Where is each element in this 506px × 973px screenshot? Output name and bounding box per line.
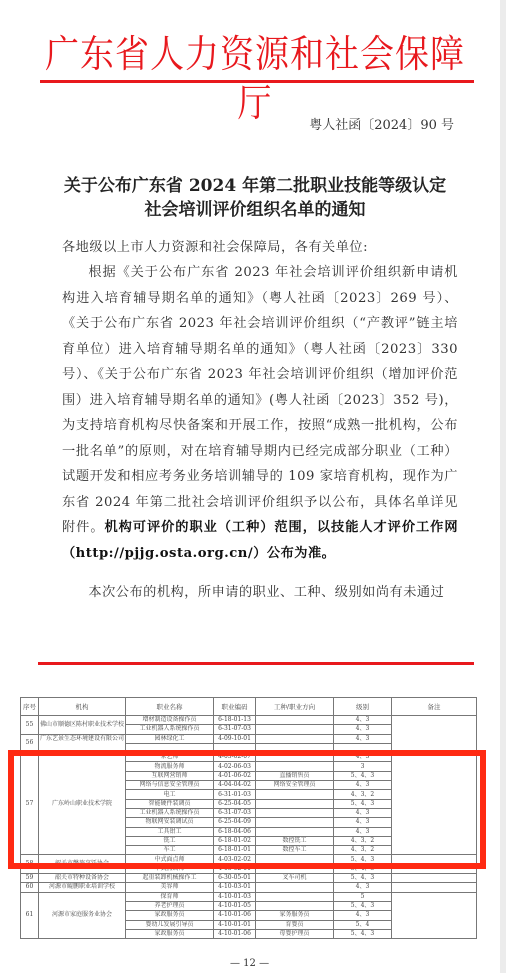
cell-job: 中式面点师: [126, 855, 214, 864]
cell-level: 4、3、2: [334, 846, 392, 855]
cell-no: 59: [21, 874, 39, 883]
footer-red-rule: [38, 662, 474, 665]
cell-direction: [256, 901, 334, 910]
cell-job: 网络与信息安全管理员: [126, 781, 214, 790]
cell-job: 婴幼儿发展引导员: [126, 920, 214, 929]
cell-code: [214, 743, 256, 752]
cell-code: 6-18-04-06: [214, 827, 256, 836]
body-paragraph-2: 本次公布的机构，所申请的职业、工种、级别如尚有未通过: [62, 580, 458, 606]
cell-code: 4-10-01-05: [214, 901, 256, 910]
cell-code: 4-10-03-01: [214, 883, 256, 892]
cell-direction: [256, 753, 334, 762]
col-header-direction: 工种/职业方向: [256, 698, 334, 716]
cell-direction: [256, 808, 334, 817]
cell-direction: [256, 892, 334, 901]
cell-job: 车工: [126, 846, 214, 855]
cell-direction: 母婴护理员: [256, 929, 334, 938]
cell-job: 智能硬件装调员: [126, 799, 214, 808]
cell-level: 5、4、3: [334, 864, 392, 873]
table-row: 59 韶关市特种设备协会 起重装卸机械操作工 6-30-05-01 叉车司机 5…: [21, 874, 477, 883]
cell-code: 4-03-02-01: [214, 864, 256, 873]
salutation: 各地级以上市人力资源和社会保障局，各有关单位:: [62, 235, 458, 261]
cell-code: 4-03-02-07: [214, 753, 256, 762]
cell-direction: 数控铣工: [256, 836, 334, 845]
cell-level: 4、3: [334, 725, 392, 734]
cell-level: 3: [334, 762, 392, 771]
cell-no: 61: [21, 892, 39, 938]
cell-code: 6-25-04-05: [214, 799, 256, 808]
cell-level: 5、4、3: [334, 771, 392, 780]
cell-level: 4、3: [334, 734, 392, 743]
table-row: 60 河源市鲲鹏职业培训学校 美容师 4-10-03-01 4、3: [21, 883, 477, 892]
cell-direction: [256, 716, 334, 725]
cell-job: 互联网营销师: [126, 771, 214, 780]
cell-direction: [256, 864, 334, 873]
cell-job: 物流服务师: [126, 762, 214, 771]
cell-org: 广东岭山职业技术学院: [39, 753, 126, 855]
cell-job: [126, 743, 214, 752]
cell-remark: [392, 874, 477, 883]
document-page: 广东省人力资源和社会保障厅 粤人社函〔2024〕90 号 关于公布广东省 202…: [0, 0, 500, 973]
table-row: 58 韶关市馨旅烹饪协会 中式面点师 4-03-02-02 5、4、3: [21, 855, 477, 864]
cell-job: 增材制造设备操作员: [126, 716, 214, 725]
viewer-gutter: [500, 0, 506, 973]
cell-org: 广东艺景生态环境建设有限公司: [39, 734, 126, 753]
cell-code: 4-01-06-02: [214, 771, 256, 780]
cell-job: 美容师: [126, 883, 214, 892]
cell-direction: 叉车司机: [256, 874, 334, 883]
col-header-remark: 备注: [392, 698, 477, 716]
cell-level: [334, 743, 392, 752]
table-row: 57 广东岭山职业技术学院 茶艺师 4-03-02-07 4、3: [21, 753, 477, 762]
cell-job: 电工: [126, 790, 214, 799]
cell-code: 4-10-01-06: [214, 929, 256, 938]
cell-code: 6-18-01-02: [214, 836, 256, 845]
cell-code: 6-31-07-03: [214, 725, 256, 734]
cell-direction: 家务服务员: [256, 911, 334, 920]
col-header-job: 职业名称: [126, 698, 214, 716]
cell-remark: [392, 716, 477, 753]
cell-org: 韶关市特种设备协会: [39, 874, 126, 883]
cell-no: 60: [21, 883, 39, 892]
cell-level: 4、3: [334, 883, 392, 892]
cell-remark: [392, 855, 477, 874]
cell-level: 5、4、3: [334, 874, 392, 883]
cell-code: 4-04-04-02: [214, 781, 256, 790]
cell-job: 中式烹调师: [126, 864, 214, 873]
cell-level: 4、3: [334, 781, 392, 790]
cell-job: 家政服务员: [126, 911, 214, 920]
cell-code: 6-30-05-01: [214, 874, 256, 883]
cell-code: 4-09-10-01: [214, 734, 256, 743]
cell-level: 4、3、2: [334, 790, 392, 799]
cell-org: 佛山市顺德区陈村职业技术学校: [39, 716, 126, 735]
header-red-rule: [40, 80, 474, 83]
cell-direction: [256, 799, 334, 808]
cell-no: 56: [21, 734, 39, 753]
cell-direction: [256, 883, 334, 892]
cell-code: 4-10-01-01: [214, 920, 256, 929]
cell-job: 园林绿化工: [126, 734, 214, 743]
cell-org: 河源市鲲鹏职业培训学校: [39, 883, 126, 892]
table-row: 61 河源市家庭服务业协会 保育师 4-10-01-03 5: [21, 892, 477, 901]
cell-level: 4、3: [334, 818, 392, 827]
cell-level: 5、4、3: [334, 929, 392, 938]
cell-org: 韶关市馨旅烹饪协会: [39, 855, 126, 874]
cell-remark: [392, 883, 477, 892]
cell-level: 4、3、2: [334, 836, 392, 845]
notice-title-line2: 社会培训评价组织名单的通知: [40, 195, 470, 220]
cell-direction: [256, 725, 334, 734]
cell-direction: 直播销售员: [256, 771, 334, 780]
col-header-no: 序号: [21, 698, 39, 716]
cell-job: 保育师: [126, 892, 214, 901]
cell-level: 5、4、3: [334, 799, 392, 808]
cell-no: 57: [21, 753, 39, 855]
organization-table: 序号 机构 职业名称 职业编码 工种/职业方向 级别 备注 55 佛山市顺德区陈…: [20, 697, 477, 939]
cell-level: 4、3: [334, 911, 392, 920]
cell-remark: [392, 892, 477, 938]
cell-code: 4-03-02-02: [214, 855, 256, 864]
cell-level: 4、3: [334, 716, 392, 725]
cell-job: 家政服务员: [126, 929, 214, 938]
cell-job: 铣工: [126, 836, 214, 845]
page-number: — 12 —: [230, 958, 269, 969]
cell-level: 5、4、3: [334, 901, 392, 910]
cell-code: 4-10-01-06: [214, 911, 256, 920]
cell-direction: 数控车工: [256, 846, 334, 855]
cell-direction: [256, 818, 334, 827]
cell-code: 6-31-07-03: [214, 808, 256, 817]
cell-no: 58: [21, 855, 39, 874]
table-row: 55 佛山市顺德区陈村职业技术学校 增材制造设备操作员 6-18-01-13 4…: [21, 716, 477, 725]
cell-direction: [256, 827, 334, 836]
cell-level: 5、4: [334, 920, 392, 929]
cell-job: 物联网安装调试员: [126, 818, 214, 827]
cell-level: 4、3: [334, 827, 392, 836]
cell-direction: [256, 790, 334, 799]
cell-org: 河源市家庭服务业协会: [39, 892, 126, 938]
cell-direction: [256, 734, 334, 743]
cell-code: 4-02-06-03: [214, 762, 256, 771]
cell-job: 工业机器人系统操作员: [126, 808, 214, 817]
cell-code: 6-18-01-13: [214, 716, 256, 725]
col-header-code: 职业编码: [214, 698, 256, 716]
cell-direction: 网络安全管理员: [256, 781, 334, 790]
body-paragraph-1: 根据《关于公布广东省 2023 年社会培训评价组织新申请机构进入培育辅导期名单的…: [62, 260, 458, 566]
cell-level: 5: [334, 892, 392, 901]
cell-direction: [256, 855, 334, 864]
cell-job: 工具钳工: [126, 827, 214, 836]
cell-job: 起重装卸机械操作工: [126, 874, 214, 883]
cell-code: 6-31-01-03: [214, 790, 256, 799]
col-header-org: 机构: [39, 698, 126, 716]
cell-no: 55: [21, 716, 39, 735]
cell-direction: 育婴员: [256, 920, 334, 929]
cell-code: 6-25-04-09: [214, 818, 256, 827]
body-paragraph-1-bold: 机构可评价的职业（工种）范围，以技能人才评价工作网（http://pjjg.os…: [62, 520, 458, 561]
cell-level: 4、3: [334, 808, 392, 817]
cell-code: 6-18-01-01: [214, 846, 256, 855]
table-header-row: 序号 机构 职业名称 职业编码 工种/职业方向 级别 备注: [21, 698, 477, 716]
cell-job: 工业机器人系统操作员: [126, 725, 214, 734]
cell-level: 5、4、3: [334, 855, 392, 864]
cell-level: 4、3: [334, 753, 392, 762]
cell-job: 茶艺师: [126, 753, 214, 762]
document-number: 粤人社函〔2024〕90 号: [300, 114, 454, 133]
col-header-level: 级别: [334, 698, 392, 716]
cell-direction: [256, 762, 334, 771]
notice-title-line1: 关于公布广东省 2024 年第二批职业技能等级认定: [40, 171, 470, 196]
cell-job: 养老护理员: [126, 901, 214, 910]
cell-code: 4-10-01-03: [214, 892, 256, 901]
body-paragraph-1-text: 根据《关于公布广东省 2023 年社会培训评价组织新申请机构进入培育辅导期名单的…: [62, 265, 458, 535]
cell-direction: [256, 743, 334, 752]
cell-remark: [392, 753, 477, 855]
